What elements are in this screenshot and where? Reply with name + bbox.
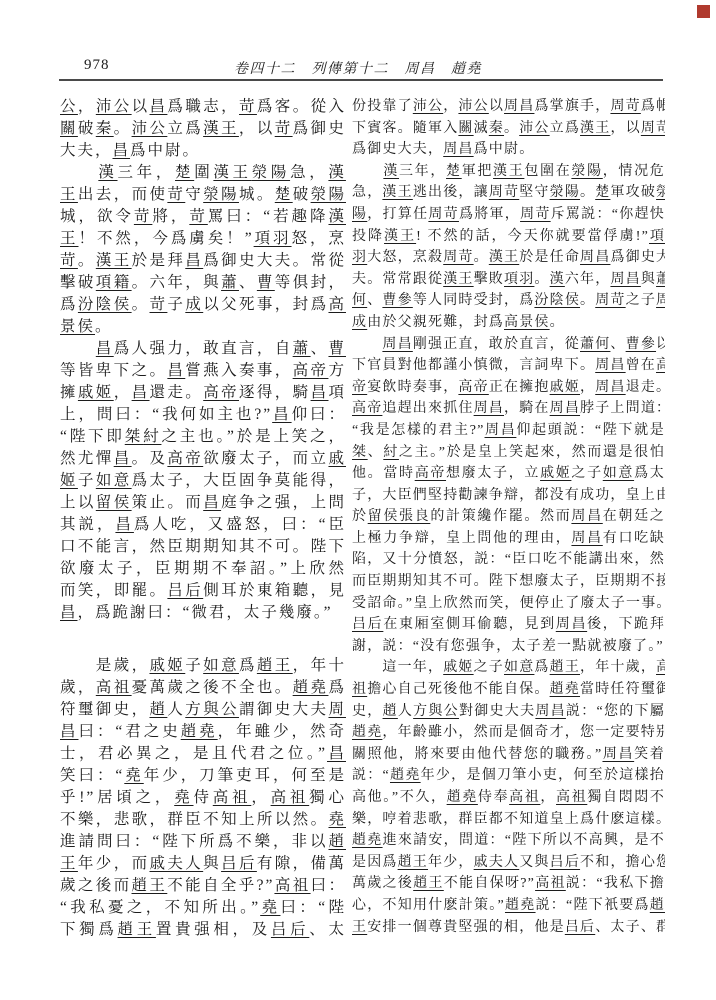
proper-noun: 秦: [96, 120, 114, 137]
text-line: 而臣期期知其不可。陛下想廢太子，臣期期不接: [352, 571, 665, 593]
proper-noun: 昌: [272, 406, 291, 423]
proper-noun: 項羽: [504, 272, 534, 287]
proper-noun: 周苛: [428, 207, 459, 222]
proper-noun: 昌: [132, 384, 150, 401]
proper-noun: 吕后: [271, 921, 309, 938]
proper-noun: 昌: [114, 450, 132, 467]
text-line: 周昌剛强正直，敢於直言，從蕭何、曹參以: [352, 334, 665, 356]
proper-noun: 高帝: [352, 401, 382, 416]
proper-noun: 趙堯: [550, 682, 580, 697]
proper-noun: 趙堯: [181, 723, 218, 740]
proper-noun: 楚: [175, 164, 194, 181]
proper-noun: 漢王: [96, 252, 132, 269]
proper-noun: 昌: [60, 723, 78, 740]
text-line: 萬歲之後趙王不能自保呀?”高祖説：“我私下擔: [352, 873, 665, 895]
text-line: 羽大怒，烹殺周苛。漢王於是任命周昌爲御史大: [352, 247, 665, 269]
proper-noun: 滎陽: [252, 164, 290, 181]
text-line: 等皆卑下之。昌嘗燕入奏事，高帝方: [60, 360, 346, 382]
text-line: 關照他，將來要由他代替您的職務。”周昌笑着: [352, 744, 665, 766]
text-line: 桀、紂之主。”於是皇上笑起來，然而還是很怕: [352, 442, 665, 464]
text-line: 大夫，昌爲中尉。: [60, 140, 346, 162]
text-line: 漢三年，楚軍把漢王包圍在滎陽，情况危: [352, 161, 665, 183]
proper-noun: 苛: [60, 252, 78, 269]
proper-noun: 楚: [595, 185, 610, 200]
text-line: 擊破項籍。六年，與蕭、曹等俱封，: [60, 272, 346, 294]
proper-noun: 吕后: [565, 920, 595, 935]
text-line: “陛下即桀紂之主也。”於是上笑之，: [60, 426, 346, 448]
text-line: 受詔命。”皇上欣然而笑，便停止了廢太子一事。: [352, 593, 665, 615]
proper-noun: 漢王: [443, 272, 473, 287]
text-line: “我是怎樣的君主?”周昌仰起頭説：“陛下就是: [352, 420, 665, 442]
text-line: 下官員對他都謹小慎微，言詞卑下。周昌曾在高: [352, 355, 665, 377]
proper-noun: 趙堯: [293, 679, 329, 696]
text-line: 下賓客。隨軍入關滅秦。沛公立爲漢王，以周苛: [352, 118, 665, 140]
text-line: 昌曰：“君之史趙堯，年雖少，然奇: [60, 721, 346, 743]
proper-noun: 高: [328, 296, 346, 313]
proper-noun: 昌: [327, 745, 346, 762]
proper-noun: 曹參: [382, 293, 412, 308]
proper-noun: 成: [352, 315, 367, 330]
text-line: 進請問曰：“陛下所爲不樂，非以趙: [60, 831, 346, 853]
text-line: 乎!”居頃之，堯侍高祖，高祖獨心: [60, 787, 346, 809]
text-line: 關破秦。沛公立爲漢王，以苛爲御史: [60, 118, 346, 140]
proper-noun: 周昌: [602, 747, 634, 762]
text-line: 昌爲人强力，敢直言，自蕭、曹: [60, 338, 346, 360]
text-line: 陷，又十分憤怒，説：“臣口吃不能講出來，然: [352, 549, 665, 571]
paragraph: 漢三年，楚軍把漢王包圍在滎陽，情况危急，漢王逃出後，讓周苛堅守滎陽。楚軍攻破滎陽…: [352, 161, 665, 334]
proper-noun: 如意: [504, 660, 534, 675]
proper-noun: 方與公: [185, 701, 239, 718]
proper-noun: 周苛: [610, 99, 640, 114]
proper-noun: 周昌: [443, 142, 473, 157]
proper-noun: 方與公: [413, 704, 459, 719]
proper-noun: 高帝: [293, 362, 329, 379]
proper-noun: 苛: [167, 186, 185, 203]
text-line: 漢三年，楚圍漢王滎陽急，漢: [60, 162, 346, 184]
proper-noun: 漢王: [493, 164, 524, 179]
text-line: 樂，哼着悲歌，群臣都不知道皇上爲什麽這樣。: [352, 809, 665, 831]
proper-noun: 周: [328, 701, 346, 718]
text-line: 是歲，戚姬子如意爲趙王，年十: [60, 655, 346, 677]
proper-noun: 趙堯: [390, 768, 421, 783]
proper-noun: 周苛: [520, 207, 551, 222]
proper-noun: 昌: [203, 494, 221, 511]
text-line: 欲廢太子，臣期期不奉詔。”上欣然: [60, 558, 346, 580]
proper-noun: 戚: [328, 450, 346, 467]
text-line: 然尤憚昌。及高帝欲廢太子，而立戚: [60, 448, 346, 470]
proper-noun: 汾陰侯: [534, 293, 580, 308]
proper-noun: 周苛: [443, 250, 473, 265]
text-line: 投降漢王! 不然的話，今天你就要當俘虜!”項: [352, 226, 665, 248]
proper-noun: 苛: [239, 98, 257, 115]
proper-noun: 曹參: [626, 337, 656, 352]
proper-noun: 沛公: [413, 99, 443, 114]
proper-noun: 如意: [96, 472, 132, 489]
proper-noun: 戚姬: [78, 384, 114, 401]
text-line: 高他。”不久，趙堯侍奉高祖，高祖獨自悶悶不: [352, 787, 665, 809]
proper-noun: 沛公: [96, 98, 132, 115]
text-line: 王年少，而戚夫人與吕后有隙，備萬: [60, 853, 346, 875]
paragraph: 公，沛公以昌爲職志，苛爲客。從入關破秦。沛公立爲漢王，以苛爲御史大夫，昌爲中尉。: [60, 96, 346, 162]
proper-noun: 滎陽: [311, 186, 346, 203]
text-line: 下獨爲趙王置貴强相，及吕后、太: [60, 919, 346, 941]
page-header-title: 卷四十二 列傳第十二 周昌 趙堯: [0, 58, 716, 78]
proper-noun: 高祖: [274, 877, 310, 894]
proper-noun: 苛: [275, 120, 293, 137]
text-line: 上極力争辯，皇上問他的理由，周昌有口吃缺: [352, 528, 665, 550]
proper-noun: 漢王: [580, 121, 610, 136]
proper-noun: 戚夫人: [149, 855, 203, 872]
proper-noun: 王: [352, 920, 367, 935]
proper-noun: 周: [656, 293, 665, 308]
text-line: 成由於父親死難，封爲高景侯。: [352, 312, 665, 334]
proper-noun: 漢: [328, 164, 346, 181]
proper-noun: 昌: [311, 384, 329, 401]
proper-noun: 何: [352, 293, 367, 308]
proper-noun: 高祖: [213, 789, 252, 806]
proper-noun: 苛: [134, 208, 152, 225]
proper-noun: 趙: [650, 898, 665, 913]
proper-noun: 漢王: [384, 229, 416, 244]
proper-noun: 吕后: [352, 617, 383, 632]
proper-noun: 趙王: [257, 657, 293, 674]
text-line: 昌，爲跪謝曰：“微君，太子幾廢。”: [60, 602, 346, 624]
proper-noun: 吕后: [167, 582, 203, 599]
proper-noun: 留侯: [368, 509, 399, 524]
paragraph: 是歲，戚姬子如意爲趙王，年十歲，高祖憂萬歲之後不全也。趙堯爲符璽御史，趙人方與公…: [60, 655, 346, 941]
text-line: 祖擔心自己死後他不能自保。趙堯當時任符璽御: [352, 679, 665, 701]
text-line: 口不能言，然臣期期知其不可。陛下: [60, 536, 346, 558]
text-line: 姬子如意爲太子，大臣固争莫能得，: [60, 470, 346, 492]
text-line: 爲御史大夫，周昌爲中尉。: [352, 139, 665, 161]
proper-noun: 沛公: [458, 99, 488, 114]
proper-noun: 周昌: [556, 617, 587, 632]
text-line: 城，欲令苛將，苛罵曰：“若趣降漢: [60, 206, 346, 228]
proper-noun: 周昌: [382, 337, 412, 352]
proper-noun: 趙堯: [352, 725, 382, 740]
proper-noun: 周苛: [641, 121, 665, 136]
proper-noun: 昌: [113, 142, 131, 159]
proper-noun: 趙王: [550, 660, 580, 675]
proper-noun: 吕后: [550, 855, 580, 870]
text-line: 高帝追趕出來抓住周昌，騎在周昌脖子上問道：: [352, 398, 665, 420]
text-line: 何、曹參等人同時受封，爲汾陰侯。周苛之子周: [352, 290, 665, 312]
proper-noun: 高祖: [271, 789, 310, 806]
proper-noun: 曹: [328, 340, 346, 357]
proper-noun: 王: [60, 186, 78, 203]
proper-noun: 趙: [328, 833, 346, 850]
text-line: 謝，説：“没有您强争，太子差一點就被廢了。”: [352, 636, 665, 658]
proper-noun: 項籍: [96, 274, 132, 291]
proper-noun: 楚: [446, 164, 462, 179]
paragraph: 周昌剛强正直，敢於直言，從蕭何、曹參以下官員對他都謹小慎微，言詞卑下。周昌曾在高…: [352, 334, 665, 658]
column-right: 份投靠了沛公，沛公以周昌爲掌旗手，周苛爲帳下賓客。隨軍入關滅秦。沛公立爲漢王，以…: [352, 96, 665, 938]
proper-noun: 昌: [150, 98, 168, 115]
text-line: 心，不知用什麽計策。”趙堯説：“陛下衹要爲趙: [352, 895, 665, 917]
proper-noun: 趙堯: [352, 833, 383, 848]
text-line: 上，問曰：“我何如主也?”昌仰曰：: [60, 404, 346, 426]
text-line: 夫。常常跟從漢王擊敗項羽。漢六年，周昌與蕭: [352, 269, 665, 291]
text-line: 不樂，悲歌，群臣不知上所以然。堯: [60, 809, 346, 831]
proper-noun: 楚: [275, 186, 293, 203]
proper-noun: 桀: [125, 428, 143, 445]
text-line: 爲汾陰侯。苛子成以父死事，封爲高: [60, 294, 346, 316]
proper-noun: 公: [60, 98, 78, 115]
proper-noun: 王: [60, 855, 78, 872]
proper-noun: 戚姬: [443, 660, 473, 675]
proper-noun: 昌: [115, 516, 133, 533]
text-line: 笑曰：“堯年少，刀筆吏耳，何至是: [60, 765, 346, 787]
proper-noun: 漢王: [489, 250, 519, 265]
text-line: 於留侯張良的計策纔作罷。然而周昌在朝廷之: [352, 506, 665, 528]
proper-noun: 周苛: [595, 293, 625, 308]
paragraph: 昌爲人强力，敢直言，自蕭、曹等皆卑下之。昌嘗燕入奏事，高帝方擁戚姬，昌還走。高帝…: [60, 338, 346, 624]
paragraph: 份投靠了沛公，沛公以周昌爲掌旗手，周苛爲帳下賓客。隨軍入關滅秦。沛公立爲漢王，以…: [352, 96, 665, 161]
text-line: 擁戚姬，昌還走。高帝逐得，騎昌項: [60, 382, 346, 404]
text-line: 其説，昌爲人吃，又盛怒，曰：“臣: [60, 514, 346, 536]
proper-noun: 高帝: [458, 380, 488, 395]
proper-noun: 陽: [352, 207, 367, 222]
proper-noun: 漢: [328, 208, 346, 225]
text-line: 歲之後而趙王不能自全乎?”高祖曰：: [60, 875, 346, 897]
proper-noun: 項羽: [254, 230, 292, 247]
proper-noun: 昌: [185, 252, 203, 269]
proper-noun: 曹: [257, 274, 275, 291]
proper-noun: 如意: [603, 466, 634, 481]
proper-noun: 羽: [352, 250, 367, 265]
proper-noun: 周昌: [580, 250, 610, 265]
proper-noun: 趙王: [398, 855, 428, 870]
proper-noun: 項: [649, 229, 665, 244]
proper-noun: 景侯: [60, 318, 95, 335]
paragraph: 這一年，戚姬之子如意爲趙王，年十歲，高祖擔心自己死後他不能自保。趙堯當時任符璽御…: [352, 657, 665, 938]
proper-noun: 周昌: [485, 423, 517, 438]
header-rule: [59, 79, 663, 81]
proper-noun: 昌: [96, 340, 114, 357]
proper-noun: 漢王: [203, 120, 239, 137]
proper-noun: 趙王: [132, 877, 168, 894]
proper-noun: 趙堯: [447, 790, 478, 805]
proper-noun: 趙王: [413, 876, 444, 891]
proper-noun: 漢: [98, 164, 117, 181]
proper-noun: 堯: [260, 899, 280, 916]
proper-noun: 成: [185, 296, 203, 313]
text-line: 王出去，而使苛守滎陽城。楚破滎陽: [60, 184, 346, 206]
proper-noun: 高帝: [415, 466, 446, 481]
text-line: 苛。漢王於是拜昌爲御史大夫。常從: [60, 250, 346, 272]
text-line: 歲，高祖憂萬歲之後不全也。趙堯爲: [60, 677, 346, 699]
text-line: 符璽御史，趙人方與公謂御史大夫周: [60, 699, 346, 721]
proper-noun: 蕭: [656, 272, 665, 287]
proper-noun: 漢: [383, 164, 399, 179]
proper-noun: 苛: [150, 296, 168, 313]
proper-noun: 蕭: [221, 274, 239, 291]
proper-noun: 趙王: [118, 921, 156, 938]
text-line: 公，沛公以昌爲職志，苛爲客。從入: [60, 96, 346, 118]
proper-noun: 張良: [399, 509, 430, 524]
red-marker: [697, 5, 710, 18]
proper-noun: 堯: [124, 767, 143, 784]
text-line: 急，漢王逃出後，讓周苛堅守滎陽。楚軍攻破滎: [352, 182, 665, 204]
proper-noun: 關: [60, 120, 78, 137]
proper-noun: 吕后: [221, 855, 257, 872]
proper-noun: 周昌: [474, 401, 504, 416]
proper-noun: 蕭: [293, 340, 311, 357]
proper-noun: 趙: [383, 704, 398, 719]
paragraph: 漢三年，楚圍漢王滎陽急，漢王出去，而使苛守滎陽城。楚破滎陽城，欲令苛將，苛罵曰：…: [60, 162, 346, 338]
text-line: 帝宴飲時奏事，高帝正在擁抱戚姬，周昌退走。: [352, 377, 665, 399]
proper-noun: 漢王: [213, 164, 251, 181]
proper-noun: 滎陽: [571, 164, 602, 179]
proper-noun: 戚姬: [149, 657, 185, 674]
proper-noun: 昌: [167, 362, 185, 379]
proper-noun: 漢王: [382, 185, 412, 200]
proper-noun: 高: [656, 358, 665, 373]
proper-noun: 汾陰侯: [78, 296, 132, 313]
text-line: 子，大臣們堅持勸諫争辯，都没有成功，皇上由: [352, 485, 665, 507]
proper-noun: 周昌: [595, 380, 625, 395]
proper-noun: 滎陽: [203, 186, 239, 203]
text-line: 趙堯進來請安，問道：“陛下所以不高興，是不: [352, 830, 665, 852]
text-line: 王！不然，今爲虜矣！”項羽怒，烹: [60, 228, 346, 250]
proper-noun: 堯: [328, 811, 346, 828]
proper-noun: 留侯: [96, 494, 132, 511]
proper-noun: 周昌: [595, 358, 625, 373]
proper-noun: 帝: [352, 380, 367, 395]
text-line: 景侯。: [60, 316, 346, 338]
proper-noun: 高祖: [509, 790, 540, 805]
text-line: 吕后在東厢室側耳偷聽，見到周昌後，下跪拜: [352, 614, 665, 636]
proper-noun: 祖: [352, 682, 367, 697]
text-line: 份投靠了沛公，沛公以周昌爲掌旗手，周苛爲帳: [352, 96, 665, 118]
text-line: 士，君必異之，是且代君之位。”昌: [60, 743, 346, 765]
text-line: 陽，打算任周苛爲將軍，周苛斥罵説：“你趕快: [352, 204, 665, 226]
proper-noun: 滎: [656, 185, 665, 200]
proper-noun: 高帝: [203, 384, 239, 401]
proper-noun: 沛公: [519, 121, 549, 136]
proper-noun: 王: [60, 230, 78, 247]
proper-noun: 周昌: [610, 272, 640, 287]
proper-noun: 如意: [203, 657, 239, 674]
proper-noun: 戚夫人: [474, 855, 520, 870]
proper-noun: 高景侯: [504, 315, 550, 330]
proper-noun: 滎陽: [550, 185, 580, 200]
text-line: 趙堯，年齡雖小，然而是個奇才，您一定要特别: [352, 722, 665, 744]
proper-noun: 戚姬: [550, 380, 580, 395]
proper-noun: 紂: [143, 428, 161, 445]
text-line: 這一年，戚姬之子如意爲趙王，年十歲，高: [352, 657, 665, 679]
proper-noun: 周苛: [489, 185, 519, 200]
proper-noun: 高: [656, 660, 665, 675]
proper-noun: 堯: [174, 789, 193, 806]
proper-noun: 昌: [60, 604, 78, 621]
column-left: 公，沛公以昌爲職志，苛爲客。從入關破秦。沛公立爲漢王，以苛爲御史大夫，昌爲中尉。…: [60, 96, 346, 941]
proper-noun: 沛公: [132, 120, 168, 137]
proper-noun: 周昌: [550, 401, 580, 416]
text-line: 王安排一個尊貴堅强的相，他是吕后、太子、群: [352, 917, 665, 939]
proper-noun: 高帝: [167, 450, 203, 467]
proper-noun: 高祖: [535, 876, 566, 891]
proper-noun: 周昌: [571, 509, 602, 524]
proper-noun: 紂: [383, 445, 399, 460]
proper-noun: 蕭何: [580, 337, 610, 352]
text-line: 上以留侯策止。而昌庭争之强，上問: [60, 492, 346, 514]
text-line: 説：“趙堯年少，是個刀筆小吏，何至於這樣抬: [352, 765, 665, 787]
text-line: “我私憂之，不知所出。”堯曰：“陛: [60, 897, 346, 919]
proper-noun: 周昌: [571, 531, 602, 546]
proper-noun: 戚姬: [540, 466, 571, 481]
proper-noun: 趙: [149, 701, 167, 718]
proper-noun: 姬: [60, 472, 78, 489]
text-line: 是因爲趙王年少，戚夫人又與吕后不和，擔心您: [352, 852, 665, 874]
text-line: 史，趙人方與公對御史大夫周昌説：“您的下屬: [352, 701, 665, 723]
proper-noun: 苛: [189, 208, 207, 225]
proper-noun: 秦: [489, 121, 504, 136]
proper-noun: 周昌: [535, 704, 566, 719]
proper-noun: 桀: [352, 445, 368, 460]
proper-noun: 高祖: [556, 790, 587, 805]
proper-noun: 關: [458, 121, 473, 136]
proper-noun: 高祖: [96, 679, 132, 696]
proper-noun: 周昌: [504, 99, 534, 114]
text-line: 他。當時高帝想廢太子，立戚姬之子如意爲太: [352, 463, 665, 485]
proper-noun: 漢: [550, 272, 565, 287]
proper-noun: 趙堯: [505, 898, 536, 913]
text-line: 而笑，即罷。吕后側耳於東箱聽，見: [60, 580, 346, 602]
